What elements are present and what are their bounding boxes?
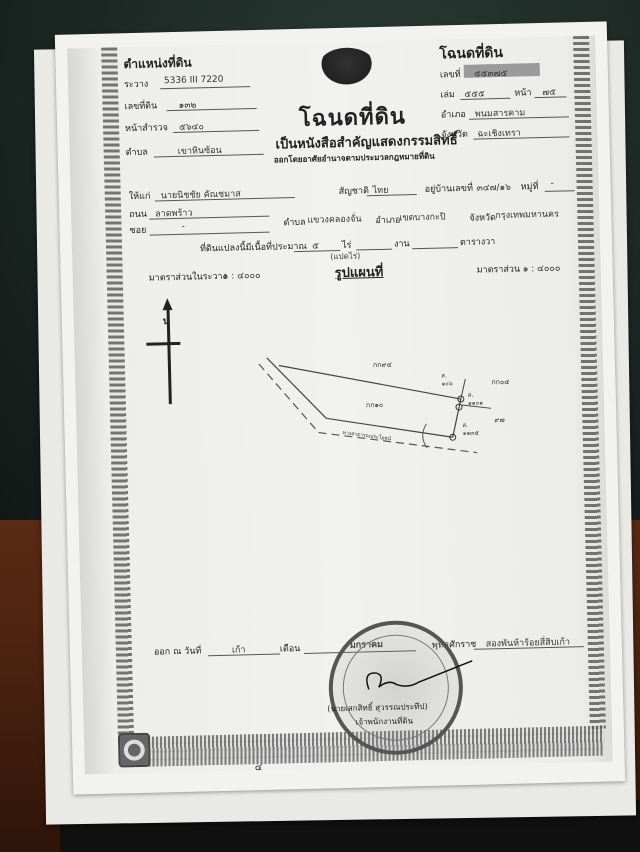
label-land-no: เลขที่ดิน: [124, 98, 157, 113]
issue-day: เก้า: [232, 642, 246, 656]
right-border-pattern: [573, 36, 606, 732]
label-tambon: ตำบล: [283, 215, 305, 230]
document-subtitle-authority: ออกโดยอาศัยอำนาจตามประมวลกฎหมายที่ดิน: [274, 150, 435, 167]
area-rai: ๕: [312, 238, 319, 252]
label-road: ถนน: [129, 207, 147, 221]
scale-left-value: ๑ : ๔๐๐๐: [223, 268, 261, 283]
label-amphoe-top: อำเภอ: [441, 107, 466, 122]
value-province-top: ฉะเชิงเทรา: [477, 126, 521, 141]
owner-soi: -: [181, 222, 184, 232]
corner-ornament-icon: [118, 733, 151, 768]
svg-text:๑๑๐๑: ๑๑๐๑: [468, 400, 483, 407]
value-survey-page: ๕๖๔๐: [179, 119, 204, 134]
label-ngan: งาน: [394, 236, 410, 250]
value-land-no: ๑๓๒: [178, 97, 196, 111]
owner-name: นายนิชชัย คัณชมาส: [161, 186, 241, 202]
owner-province: กรุงเทพมหานคร: [495, 207, 559, 223]
label-rawang: ระวาง: [124, 77, 149, 92]
value-amphoe-top: พนมสารคาม: [475, 105, 526, 120]
label-area: ที่ดินแปลงนี้มีเนื้อที่ประมาณ: [200, 239, 307, 256]
compass-north-label: น: [163, 314, 170, 329]
svg-text:ส.: ส.: [441, 372, 447, 379]
owner-moo: -: [550, 179, 553, 189]
value-deed-no: ๕๕๓๗๕: [474, 66, 508, 81]
svg-text:กก๙๔: กก๙๔: [373, 361, 392, 369]
svg-text:๙๗: ๙๗: [494, 416, 505, 424]
location-heading: ตำแหน่งที่ดิน: [123, 54, 192, 75]
svg-text:กก๐๔: กก๐๔: [491, 378, 509, 386]
compass-horizontal-line: [146, 342, 180, 346]
value-page: ๗๕: [542, 85, 556, 99]
label-month: เดือน: [280, 641, 301, 655]
label-moo: หมู่ที่: [520, 179, 538, 193]
label-tambon-top: ตำบล: [126, 145, 148, 160]
deed-heading-right: โฉนดที่ดิน: [439, 42, 503, 66]
svg-text:๑๐๖: ๑๐๖: [441, 380, 453, 387]
page-mark: ๔: [255, 760, 263, 775]
plot-map-sketch: กก๙๔ กก๑๐ ส. ๑๐๖ กก๐๔ ส. ๑๑๐๑ ส. ๑๑๓๕ ๙๗…: [255, 348, 518, 474]
signature: [348, 659, 479, 702]
svg-text:๑๑๓๕: ๑๑๓๕: [463, 430, 480, 437]
label-volume: เล่ม: [440, 87, 455, 101]
value-volume: ๕๕๕: [464, 86, 485, 100]
label-owner: ให้แก่: [129, 189, 151, 204]
garuda-emblem-icon: [317, 47, 376, 88]
label-province: จังหวัด: [469, 210, 496, 225]
owner-amphoe: เขตบางกะปิ: [399, 209, 446, 224]
scale-right-value: ๑ : ๔๐๐๐: [522, 261, 560, 276]
map-heading: รูปแผนที่: [334, 261, 383, 283]
owner-road: ลาดพร้าว: [155, 206, 193, 221]
label-survey-page: หน้าสำรวจ: [125, 120, 168, 135]
label-scale-right: มาตราส่วน: [476, 262, 520, 277]
label-soi: ซอย: [129, 223, 146, 237]
label-page: หน้า: [514, 85, 531, 99]
deed-sheet: ตำแหน่งที่ดิน ระวาง 5336 III 7220 เลขที่…: [67, 36, 613, 775]
svg-text:ส.: ส.: [468, 392, 474, 399]
label-nationality: สัญชาติ: [339, 183, 370, 198]
value-tambon-top: เขาหินซ้อน: [177, 143, 221, 158]
label-address: อยู่บ้านเลขที่: [425, 181, 474, 196]
owner-address-no: ๓๔๗/๑๖: [476, 180, 511, 195]
issue-year: สองพันห้าร้อยสี่สิบเก้า: [486, 634, 570, 650]
owner-tambon: แขวงคลองจั่น: [307, 211, 361, 226]
svg-text:กก๑๐: กก๑๐: [366, 401, 383, 409]
svg-text:ส.: ส.: [462, 422, 468, 429]
label-wa: ตารางวา: [460, 234, 496, 249]
signatory-title: เจ้าพนักงานที่ดิน: [356, 714, 414, 728]
label-scale-left: มาตราส่วนในระวาง: [149, 269, 227, 285]
signatory-name: (นายเสกสิทธิ์ สุวรรณประทีป): [327, 700, 428, 715]
owner-nationality: ไทย: [373, 183, 389, 197]
title-deed-document: ตำแหน่งที่ดิน ระวาง 5336 III 7220 เลขที่…: [55, 21, 625, 794]
label-issued-on: ออก ณ วันที่: [154, 643, 202, 658]
svg-text:ทางสาธารณประโยชน์: ทางสาธารณประโยชน์: [342, 429, 392, 442]
label-amphoe: อำเภอ: [375, 212, 400, 227]
label-deed-no: เลขที่: [440, 67, 461, 82]
value-rawang: 5336 III 7220: [164, 75, 224, 86]
